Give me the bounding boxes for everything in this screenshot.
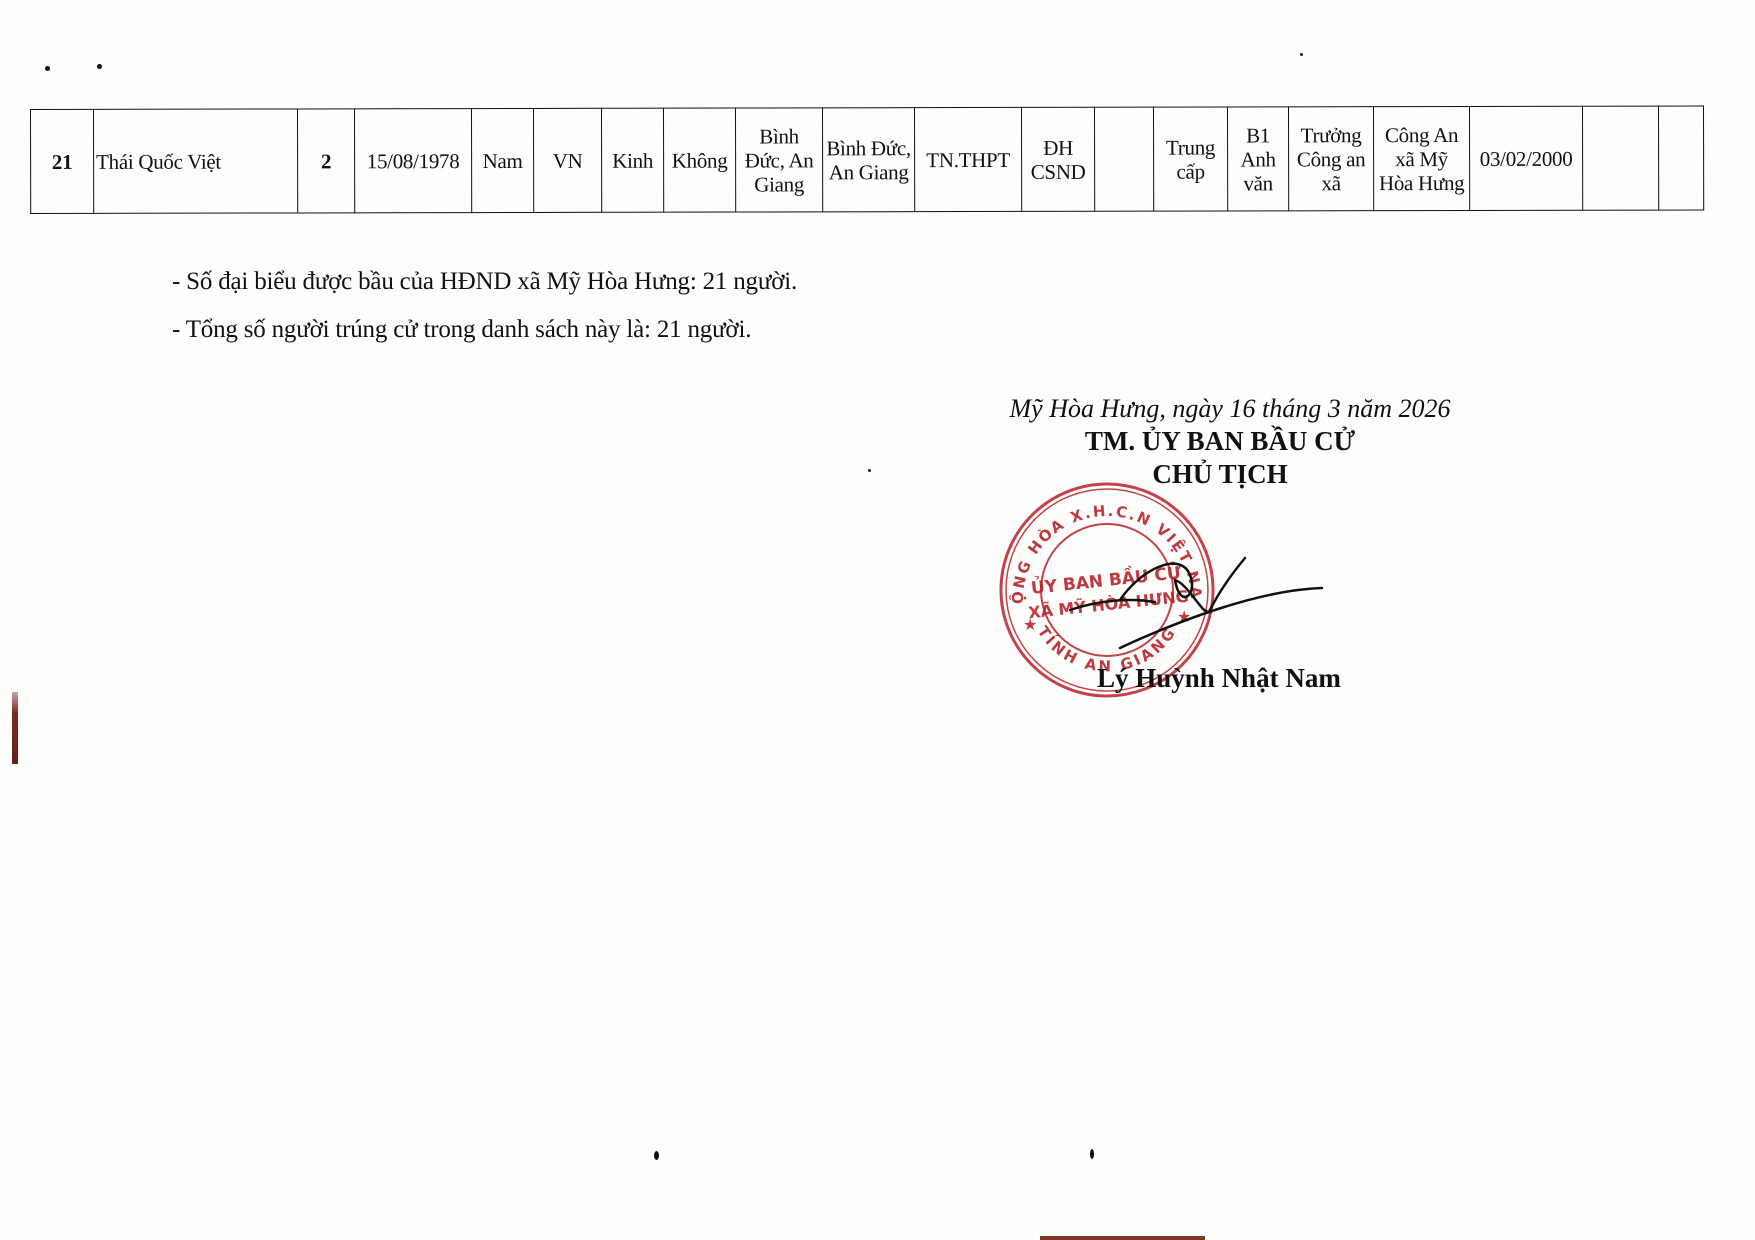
scan-edge-mark: [12, 692, 18, 764]
cell-gender: Nam: [472, 108, 534, 212]
summary-elected-count: - Số đại biểu được bầu của HĐND xã Mỹ Hò…: [172, 268, 797, 296]
cell-empty-2: [1658, 106, 1703, 210]
handwritten-signature-icon: [1060, 530, 1330, 660]
cell-ethnicity: Kinh: [601, 108, 663, 212]
cell-unit: 2: [298, 109, 355, 213]
scan-speck: [45, 66, 50, 71]
scan-speck: [97, 64, 102, 69]
summary-winner-count: - Tổng số người trúng cử trong danh sách…: [172, 316, 751, 344]
scan-speck: [1300, 53, 1303, 56]
signer-name: Lý Huỳnh Nhật Nam: [1097, 663, 1341, 694]
scan-speck: [868, 469, 871, 472]
cell-position: Trưởng Công an xã: [1288, 107, 1373, 211]
cell-residence: Bình Đức, An Giang: [822, 108, 914, 212]
place-date: Mỹ Hòa Hưng, ngày 16 tháng 3 năm 2026: [960, 393, 1500, 425]
svg-text:★: ★: [1023, 615, 1037, 634]
cell-empty-1: [1582, 106, 1658, 210]
cell-party-join-date: 03/02/2000: [1469, 106, 1582, 210]
cell-full-name: Thái Quốc Việt: [94, 109, 298, 213]
cell-workplace: Công An xã Mỹ Hòa Hưng: [1373, 106, 1469, 210]
cell-professional-degree: ĐH CSND: [1021, 107, 1094, 211]
cell-political-theory: Trung cấp: [1153, 107, 1227, 211]
cell-religion: Không: [663, 108, 735, 212]
cell-general-education: TN.THPT: [914, 107, 1021, 211]
cell-academic-title: [1094, 107, 1153, 211]
signing-organization: TM. ỦY BAN BẦU CỬ: [940, 425, 1500, 457]
table-row: 21 Thái Quốc Việt 2 15/08/1978 Nam VN Ki…: [31, 106, 1704, 214]
scan-speck: [1090, 1149, 1094, 1159]
cell-birth-date: 15/08/1978: [355, 109, 472, 213]
cell-hometown: Bình Đức, An Giang: [735, 108, 822, 212]
signature-block: Mỹ Hòa Hưng, ngày 16 tháng 3 năm 2026 TM…: [940, 393, 1500, 491]
scan-speck: [654, 1151, 659, 1160]
cell-stt: 21: [31, 109, 94, 213]
cell-foreign-language: B1 Anh văn: [1227, 107, 1288, 211]
candidate-table: 21 Thái Quốc Việt 2 15/08/1978 Nam VN Ki…: [30, 105, 1704, 214]
scan-edge-mark: [1040, 1236, 1205, 1240]
cell-nationality: VN: [533, 108, 601, 212]
